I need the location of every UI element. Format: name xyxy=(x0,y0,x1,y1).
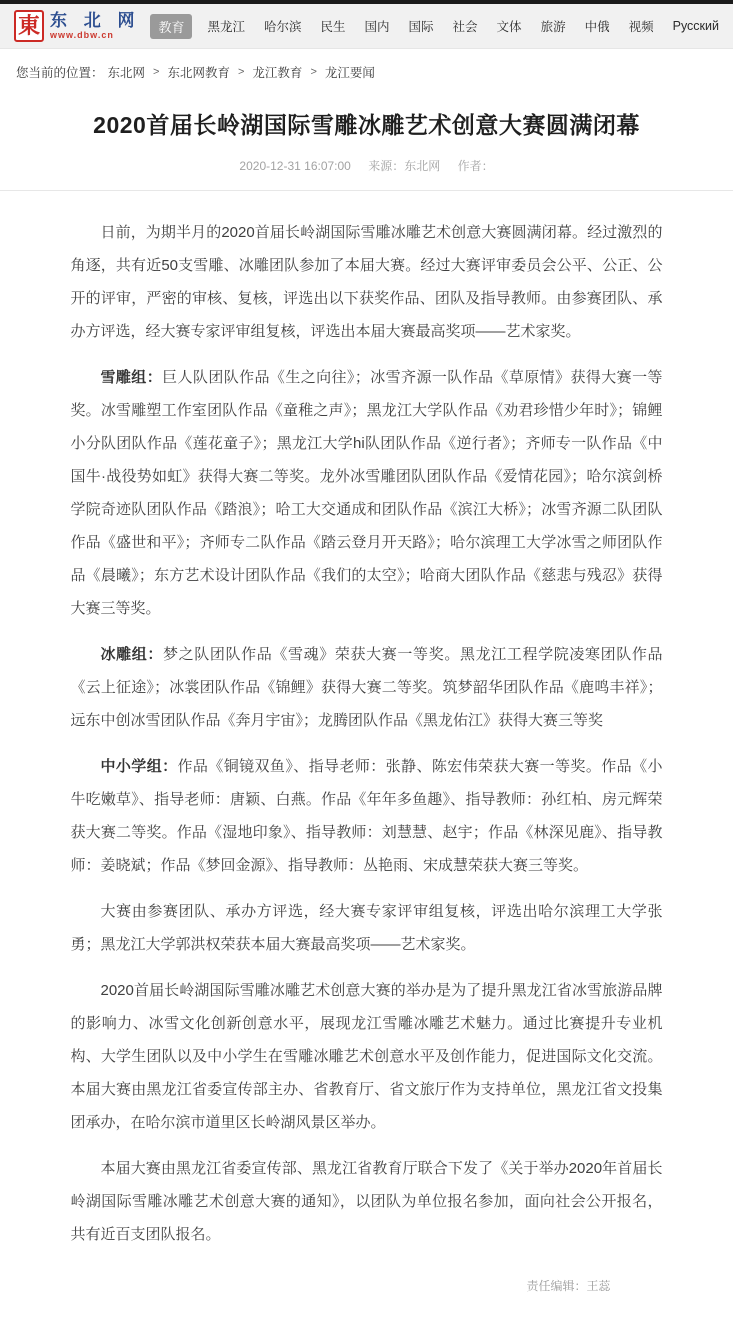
nav-link[interactable]: 黑龙江 xyxy=(207,17,245,35)
edu-channel-badge[interactable]: 教育 xyxy=(150,14,192,39)
breadcrumb-link[interactable]: 龙江要闻 xyxy=(325,63,375,81)
article-body: 日前，为期半月的2020首届长岭湖国际雪雕冰雕艺术创意大赛圆满闭幕。经过激烈的角… xyxy=(71,191,663,1251)
nav-link[interactable]: 旅游 xyxy=(541,17,566,35)
nav-link[interactable]: 文体 xyxy=(497,17,522,35)
paragraph: 日前，为期半月的2020首届长岭湖国际雪雕冰雕艺术创意大赛圆满闭幕。经过激烈的角… xyxy=(71,216,663,348)
paragraph-lead: 中小学组： xyxy=(101,758,178,775)
paragraph-lead: 冰雕组： xyxy=(101,646,164,663)
paragraph-text: 大赛由参赛团队、承办方评选，经大赛专家评审组复核，评选出哈尔滨理工大学张勇；黑龙… xyxy=(71,903,663,953)
paragraph-text: 本届大赛由黑龙江省委宣传部、黑龙江省教育厅联合下发了《关于举办2020年首届长岭… xyxy=(71,1160,663,1243)
paragraph-lead: 雪雕组： xyxy=(101,369,163,386)
breadcrumb-separator: > xyxy=(310,66,316,78)
nav-link[interactable]: Русский xyxy=(673,19,719,33)
paragraph-text: 2020首届长岭湖国际雪雕冰雕艺术创意大赛的举办是为了提升黑龙江省冰雪旅游品牌的… xyxy=(71,982,663,1131)
article-date: 2020-12-31 16:07:00 xyxy=(239,159,350,173)
paragraph: 大赛由参赛团队、承办方评选，经大赛专家评审组复核，评选出哈尔滨理工大学张勇；黑龙… xyxy=(71,895,663,961)
site-logo[interactable]: 東 东 北 网 www.dbw.cn 教育 xyxy=(14,10,192,42)
paragraph: 2020首届长岭湖国际雪雕冰雕艺术创意大赛的举办是为了提升黑龙江省冰雪旅游品牌的… xyxy=(71,974,663,1139)
article: 2020首届长岭湖国际雪雕冰雕艺术创意大赛圆满闭幕 2020-12-31 16:… xyxy=(71,109,663,1318)
breadcrumb-link[interactable]: 东北网教育 xyxy=(167,63,230,81)
breadcrumb-link[interactable]: 龙江教育 xyxy=(252,63,302,81)
article-author: 作者： xyxy=(458,159,494,173)
nav-link[interactable]: 国内 xyxy=(365,17,390,35)
breadcrumb-separator: > xyxy=(153,66,159,78)
editor-credit: 责任编辑：王蕊 xyxy=(71,1277,663,1318)
nav-link[interactable]: 民生 xyxy=(320,17,345,35)
nav-link[interactable]: 视频 xyxy=(629,17,654,35)
nav-link[interactable]: 中俄 xyxy=(585,17,610,35)
top-nav: 黑龙江哈尔滨民生国内国际社会文体旅游中俄视频Русский xyxy=(207,17,719,35)
article-meta: 2020-12-31 16:07:00 来源：东北网 作者： xyxy=(71,157,663,174)
logo-icon: 東 xyxy=(14,10,44,42)
paragraph: 冰雕组：梦之队团队作品《雪魂》荣获大赛一等奖。黑龙江工程学院凌寒团队作品《云上征… xyxy=(71,638,663,737)
paragraph: 本届大赛由黑龙江省委宣传部、黑龙江省教育厅联合下发了《关于举办2020年首届长岭… xyxy=(71,1152,663,1251)
nav-link[interactable]: 国际 xyxy=(409,17,434,35)
nav-link[interactable]: 哈尔滨 xyxy=(264,17,302,35)
site-name: 东 北 网 xyxy=(50,12,140,29)
breadcrumb-label: 您当前的位置： xyxy=(16,63,104,81)
nav-link[interactable]: 社会 xyxy=(453,17,478,35)
paragraph: 雪雕组：巨人队团队作品《生之向往》；冰雪齐源一队作品《草原情》获得大赛一等奖。冰… xyxy=(71,361,663,625)
breadcrumb-separator: > xyxy=(238,66,244,78)
site-header: 東 东 北 网 www.dbw.cn 教育 黑龙江哈尔滨民生国内国际社会文体旅游… xyxy=(0,4,733,49)
paragraph-text: 作品《铜镜双鱼》、指导老师：张静、陈宏伟荣获大赛一等奖。作品《小牛吃嫩草》、指导… xyxy=(71,758,663,874)
breadcrumb-links: 东北网>东北网教育>龙江教育>龙江要闻 xyxy=(104,63,379,81)
breadcrumb: 您当前的位置： 东北网>东北网教育>龙江教育>龙江要闻 xyxy=(0,49,733,93)
paragraph-text: 巨人队团队作品《生之向往》；冰雪齐源一队作品《草原情》获得大赛一等奖。冰雪雕塑工… xyxy=(71,369,663,617)
article-title: 2020首届长岭湖国际雪雕冰雕艺术创意大赛圆满闭幕 xyxy=(71,109,663,141)
site-url: www.dbw.cn xyxy=(50,31,140,40)
paragraph-text: 日前，为期半月的2020首届长岭湖国际雪雕冰雕艺术创意大赛圆满闭幕。经过激烈的角… xyxy=(71,224,663,340)
paragraph: 中小学组：作品《铜镜双鱼》、指导老师：张静、陈宏伟荣获大赛一等奖。作品《小牛吃嫩… xyxy=(71,750,663,882)
breadcrumb-link[interactable]: 东北网 xyxy=(108,63,146,81)
article-source: 来源：东北网 xyxy=(368,159,440,173)
